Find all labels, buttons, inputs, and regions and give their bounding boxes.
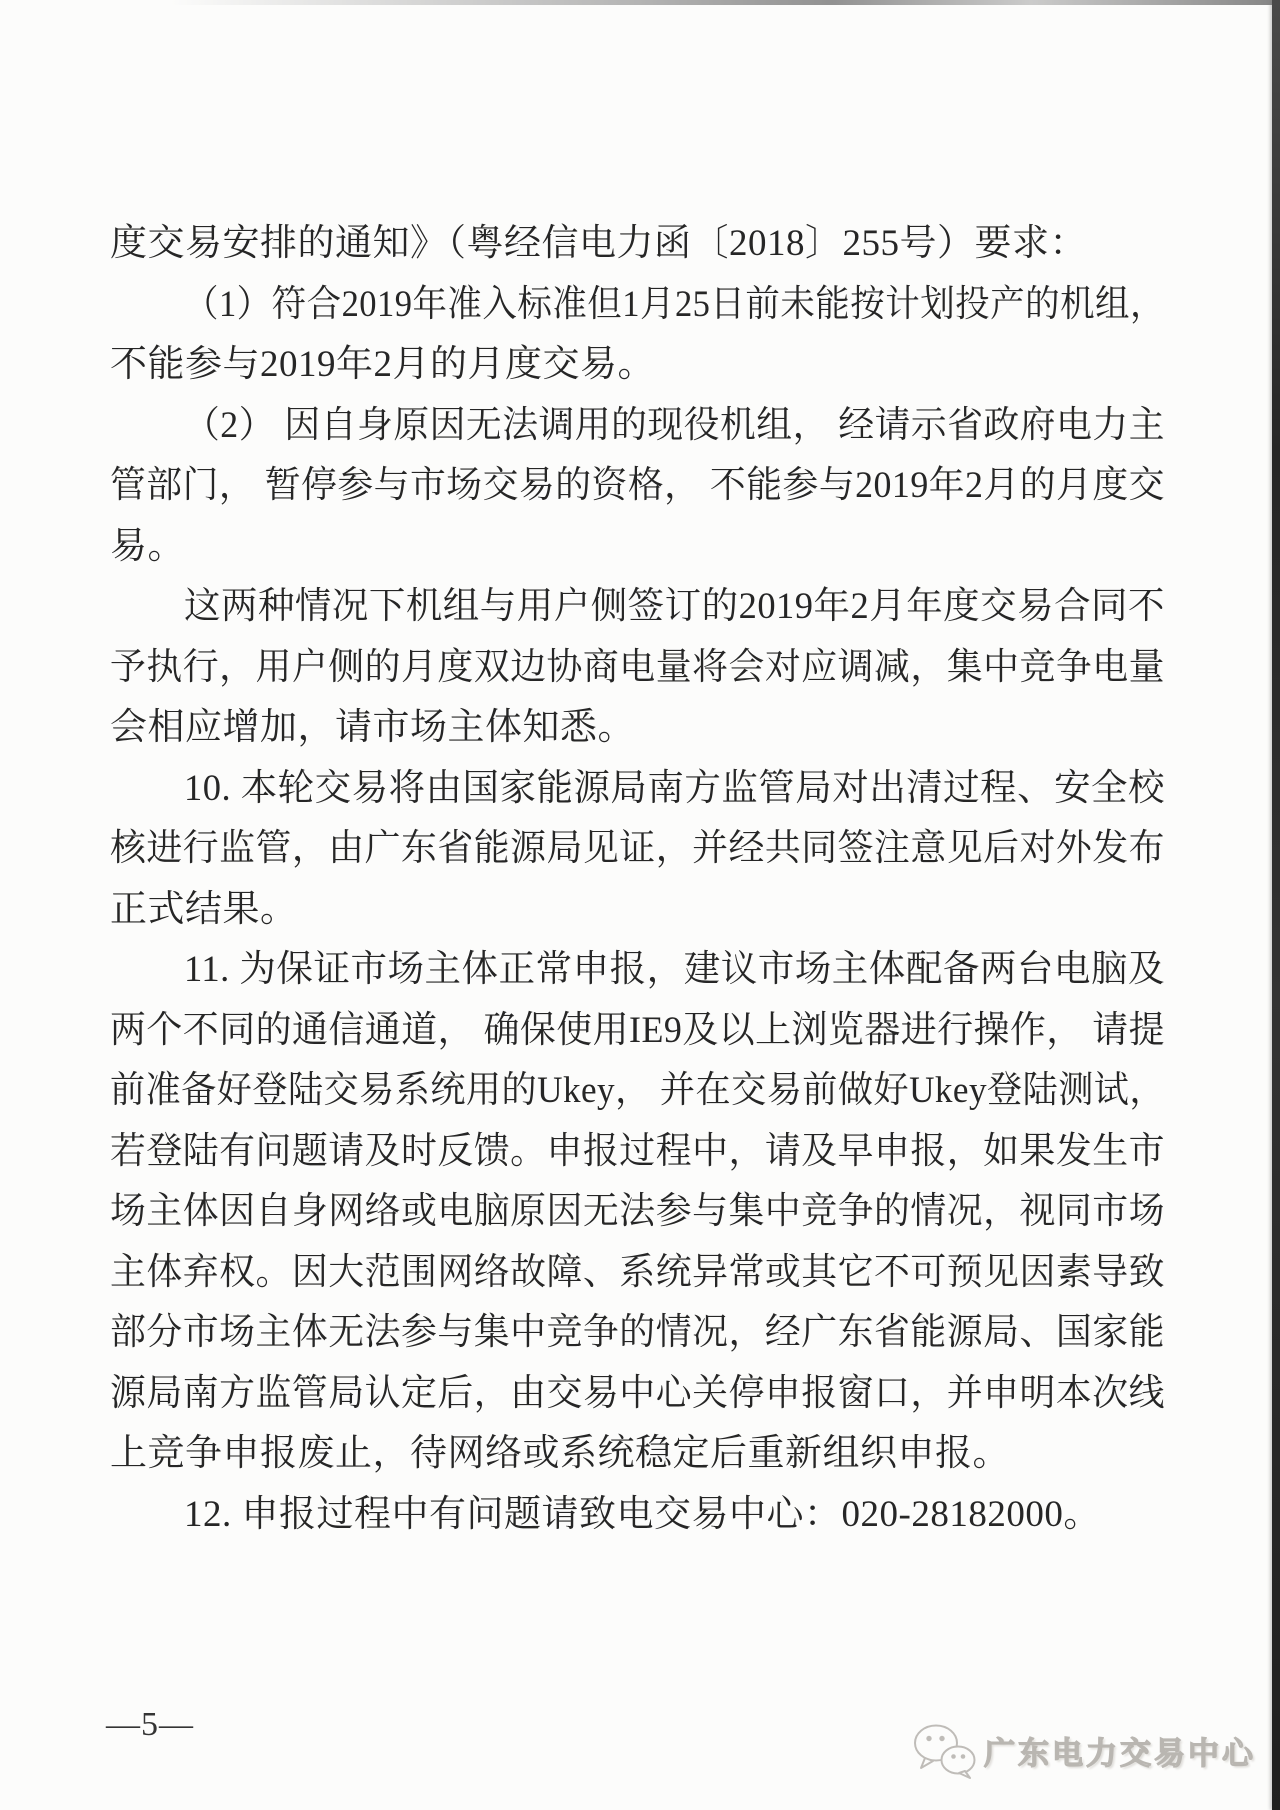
text-line-content: 正式结果。 — [110, 880, 298, 941]
text-line-content: 若登陆有问题请及时反馈。申报过程中，请及早申报，如果发生市 — [110, 1122, 1165, 1183]
text-line-content: 部分市场主体无法参与集中竞争的情况，经广东省能源局、国家能 — [110, 1303, 1165, 1364]
document-body: 度交易安排的通知》（粤经信电力函〔2018〕255号）要求：（1）符合2019年… — [110, 214, 1165, 1545]
text-line-content: 主体弃权。因大范围网络故障、系统异常或其它不可预见因素导致 — [110, 1243, 1165, 1304]
text-line: 10. 本轮交易将由国家能源局南方监管局对出清过程、安全校 — [110, 759, 1165, 820]
text-line: 若登陆有问题请及时反馈。申报过程中，请及早申报，如果发生市 — [110, 1122, 1165, 1183]
text-line-content: 予执行，用户侧的月度双边协商电量将会对应调减，集中竞争电量 — [110, 638, 1165, 699]
page-number: —5— — [106, 1706, 194, 1744]
text-line-content: 核进行监管，由广东省能源局见证，并经共同签注意见后对外发布 — [110, 819, 1165, 880]
wechat-logo-icon — [912, 1722, 976, 1785]
text-line-content: 源局南方监管局认定后，由交易中心关停申报窗口，并申明本次线 — [110, 1364, 1165, 1425]
text-line: （2） 因自身原因无法调用的现役机组， 经请示省政府电力主 — [110, 396, 1165, 457]
text-line-content: 会相应增加，请市场主体知悉。 — [110, 698, 635, 759]
text-line: 度交易安排的通知》（粤经信电力函〔2018〕255号）要求： — [110, 214, 1165, 275]
text-line: 上竞争申报废止，待网络或系统稳定后重新组织申报。 — [110, 1424, 1165, 1485]
scan-artifact-top-edge — [170, 0, 1274, 5]
text-line: 核进行监管，由广东省能源局见证，并经共同签注意见后对外发布 — [110, 819, 1165, 880]
wechat-watermark: 广东电力交易中心 — [912, 1722, 1256, 1785]
text-line: 11. 为保证市场主体正常申报，建议市场主体配备两台电脑及 — [110, 940, 1165, 1001]
scan-edge-right — [1272, 0, 1280, 1810]
text-line: 正式结果。 — [110, 880, 1165, 941]
text-line: 两个不同的通信通道， 确保使用IE9及以上浏览器进行操作， 请提 — [110, 1001, 1165, 1062]
text-line: 不能参与2019年2月的月度交易。 — [110, 335, 1165, 396]
text-line-content: 不能参与2019年2月的月度交易。 — [110, 335, 655, 396]
text-line-content: 易。 — [110, 517, 185, 578]
text-line: 场主体因自身网络或电脑原因无法参与集中竞争的情况，视同市场 — [110, 1182, 1165, 1243]
text-line: 管部门， 暂停参与市场交易的资格， 不能参与2019年2月的月度交 — [110, 456, 1165, 517]
text-line: 会相应增加，请市场主体知悉。 — [110, 698, 1165, 759]
text-line-content: 这两种情况下机组与用户侧签订的2019年2月年度交易合同不 — [184, 577, 1165, 638]
text-line: 予执行，用户侧的月度双边协商电量将会对应调减，集中竞争电量 — [110, 638, 1165, 699]
text-line: 主体弃权。因大范围网络故障、系统异常或其它不可预见因素导致 — [110, 1243, 1165, 1304]
text-line-content: 度交易安排的通知》（粤经信电力函〔2018〕255号）要求： — [110, 214, 1087, 275]
text-line-content: （1）符合2019年准入标准但1月25日前未能按计划投产的机组， — [184, 275, 1165, 336]
text-line-content: 两个不同的通信通道， 确保使用IE9及以上浏览器进行操作， 请提 — [110, 1001, 1165, 1062]
text-line: 前准备好登陆交易系统用的Ukey， 并在交易前做好Ukey登陆测试， — [110, 1061, 1165, 1122]
text-line: 易。 — [110, 517, 1165, 578]
text-line: （1）符合2019年准入标准但1月25日前未能按计划投产的机组， — [110, 275, 1165, 336]
text-line: 部分市场主体无法参与集中竞争的情况，经广东省能源局、国家能 — [110, 1303, 1165, 1364]
text-line-content: 场主体因自身网络或电脑原因无法参与集中竞争的情况，视同市场 — [110, 1182, 1165, 1243]
text-line: 12. 申报过程中有问题请致电交易中心：020-28182000。 — [110, 1485, 1165, 1546]
text-line: 源局南方监管局认定后，由交易中心关停申报窗口，并申明本次线 — [110, 1364, 1165, 1425]
text-line: 这两种情况下机组与用户侧签订的2019年2月年度交易合同不 — [110, 577, 1165, 638]
text-line-content: 管部门， 暂停参与市场交易的资格， 不能参与2019年2月的月度交 — [110, 456, 1165, 517]
watermark-text: 广东电力交易中心 — [984, 1726, 1256, 1782]
scanned-document-page: 度交易安排的通知》（粤经信电力函〔2018〕255号）要求：（1）符合2019年… — [0, 0, 1280, 1810]
text-line-content: （2） 因自身原因无法调用的现役机组， 经请示省政府电力主 — [184, 396, 1165, 457]
text-line-content: 上竞争申报废止，待网络或系统稳定后重新组织申报。 — [110, 1424, 1010, 1485]
text-line-content: 前准备好登陆交易系统用的Ukey， 并在交易前做好Ukey登陆测试， — [110, 1061, 1165, 1122]
text-line-content: 12. 申报过程中有问题请致电交易中心：020-28182000。 — [184, 1485, 1101, 1546]
text-line-content: 10. 本轮交易将由国家能源局南方监管局对出清过程、安全校 — [184, 759, 1165, 820]
text-line-content: 11. 为保证市场主体正常申报，建议市场主体配备两台电脑及 — [184, 940, 1165, 1001]
